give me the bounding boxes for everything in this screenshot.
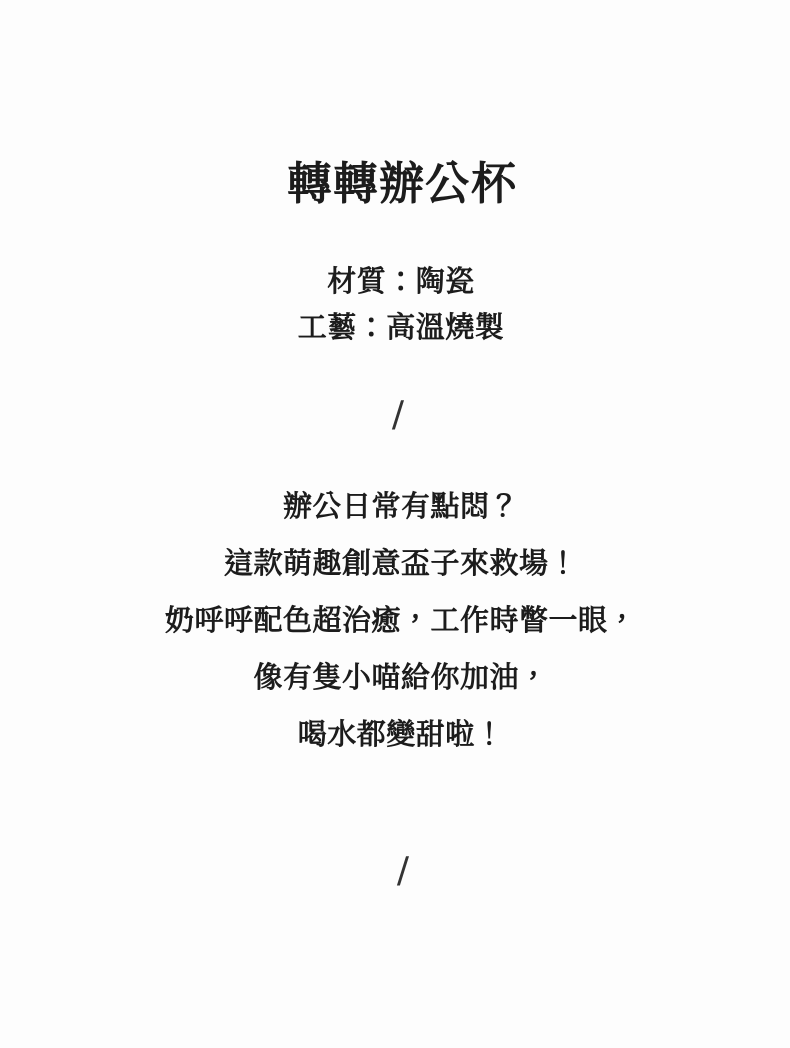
- copy-line-2: 這款萌趣創意盃子來救場！: [12, 535, 790, 592]
- copy-line-4: 像有隻小喵給你加油，: [12, 649, 790, 706]
- product-specs: 材質：陶瓷 工藝：高溫燒製: [12, 258, 790, 350]
- spec-material: 材質：陶瓷: [12, 258, 790, 304]
- slash-divider-top: /: [6, 396, 790, 434]
- marketing-copy: 辦公日常有點悶？ 這款萌趣創意盃子來救場！ 奶呼呼配色超治癒，工作時瞥一眼， 像…: [12, 478, 790, 763]
- copy-line-5: 喝水都變甜啦！: [12, 706, 790, 763]
- copy-line-3: 奶呼呼配色超治癒，工作時瞥一眼，: [12, 592, 790, 649]
- product-title: 轉轉辦公杯: [14, 160, 790, 208]
- slash-divider-bottom: /: [16, 852, 790, 890]
- product-description-page: 轉轉辦公杯 材質：陶瓷 工藝：高溫燒製 / 辦公日常有點悶？ 這款萌趣創意盃子來…: [0, 0, 790, 1048]
- spec-craft: 工藝：高溫燒製: [12, 304, 790, 350]
- copy-line-1: 辦公日常有點悶？: [12, 478, 790, 535]
